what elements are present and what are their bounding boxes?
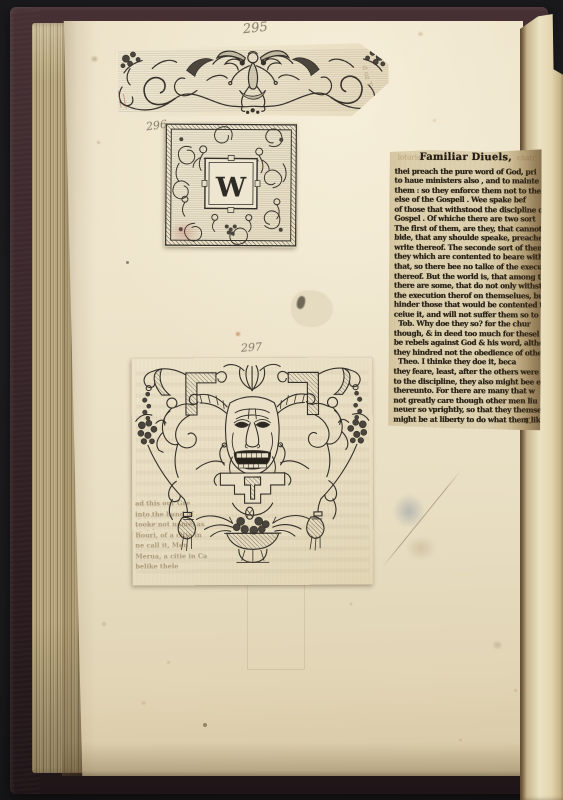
text-clipping: loturis chatr Familiar Diuels, thei prea… (388, 149, 541, 431)
page-bottom-shadow (62, 742, 523, 776)
folio-number-295: 295 (242, 20, 268, 38)
folio-number-297: 297 (241, 340, 263, 354)
foxing-spot (432, 118, 437, 123)
foxing-spot (417, 31, 424, 37)
gray-stain (393, 494, 425, 528)
photograph-of-album-page: 295 296 297 (0, 0, 563, 800)
mask-tailpiece-engraving (132, 359, 374, 584)
foxing-spot (166, 660, 171, 665)
tan-stain (406, 536, 436, 560)
ink-speck (126, 261, 129, 264)
clipping-curl-shadow (506, 149, 541, 430)
foxing-spot (235, 331, 241, 337)
foxing-spot (101, 621, 107, 627)
foxing-spot (458, 738, 463, 742)
headpiece-woodcut-paper (116, 43, 391, 121)
gutter-shadow (62, 21, 96, 776)
foxing-spot (513, 688, 518, 693)
ink-speck (203, 723, 207, 727)
foxing-spot (96, 140, 101, 145)
foxing-spot (90, 55, 99, 63)
smudge (492, 640, 503, 650)
red-library-stamp: · · ·· · · ·· · · (127, 512, 169, 548)
headpiece-ornament-engraving (116, 43, 391, 121)
mask-woodcut-paper: ad this our Greinto the hand oftooke not… (132, 357, 374, 585)
foxing-spot (140, 700, 147, 706)
red-ink-smudge (169, 221, 199, 244)
foxing-spot (349, 602, 353, 606)
initial-letter: W (215, 172, 247, 203)
